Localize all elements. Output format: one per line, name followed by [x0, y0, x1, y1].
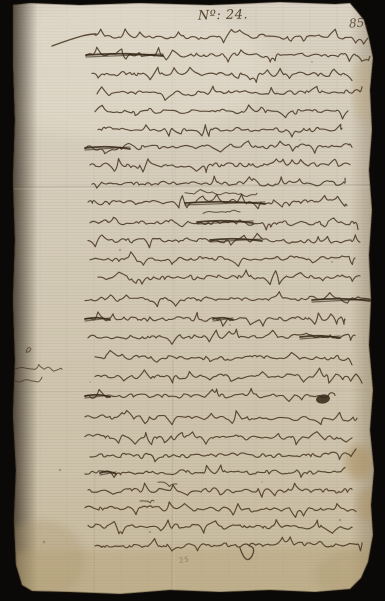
water-stain: [345, 445, 371, 479]
manuscript-page: [0, 0, 385, 601]
photograph-background: Nº: 24. 85. 25: [0, 0, 385, 601]
